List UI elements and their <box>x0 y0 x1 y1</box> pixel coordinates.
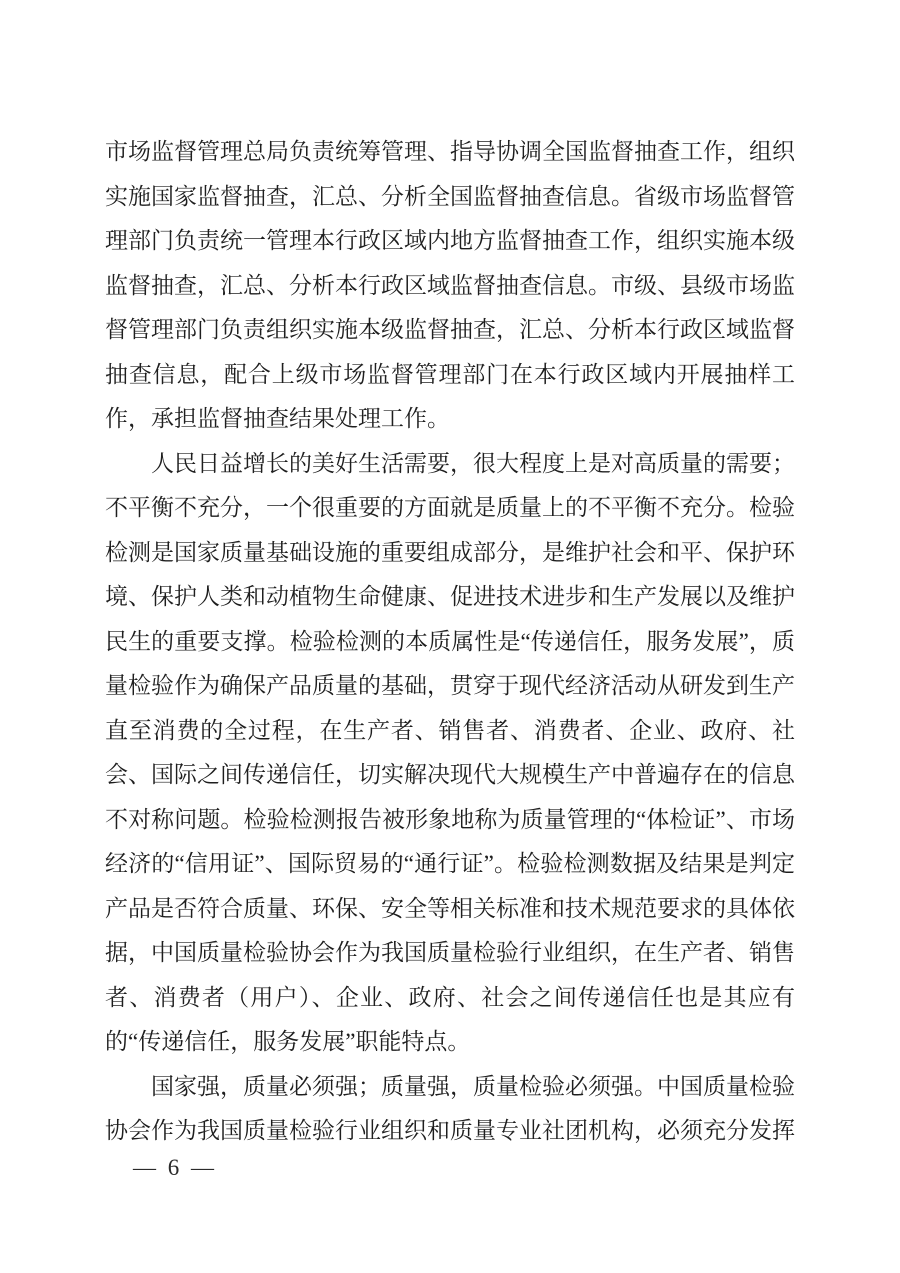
body-text: 市场监督管理总局负责统筹管理、指导协调全国监督抽查工作，组织实施国家监督抽查，汇… <box>105 130 795 1154</box>
paragraph: 国家强，质量必须强；质量强，质量检验必须强。中国质量检验协会作为我国质量检验行业… <box>105 1065 795 1154</box>
page-number: — 6 — <box>133 1153 217 1183</box>
paragraph-continuation: 市场监督管理总局负责统筹管理、指导协调全国监督抽查工作，组织实施国家监督抽查，汇… <box>105 130 795 442</box>
paragraph: 人民日益增长的美好生活需要，很大程度上是对高质量的需要；不平衡不充分，一个很重要… <box>105 442 795 1065</box>
document-page: 市场监督管理总局负责统筹管理、指导协调全国监督抽查工作，组织实施国家监督抽查，汇… <box>0 0 900 1273</box>
